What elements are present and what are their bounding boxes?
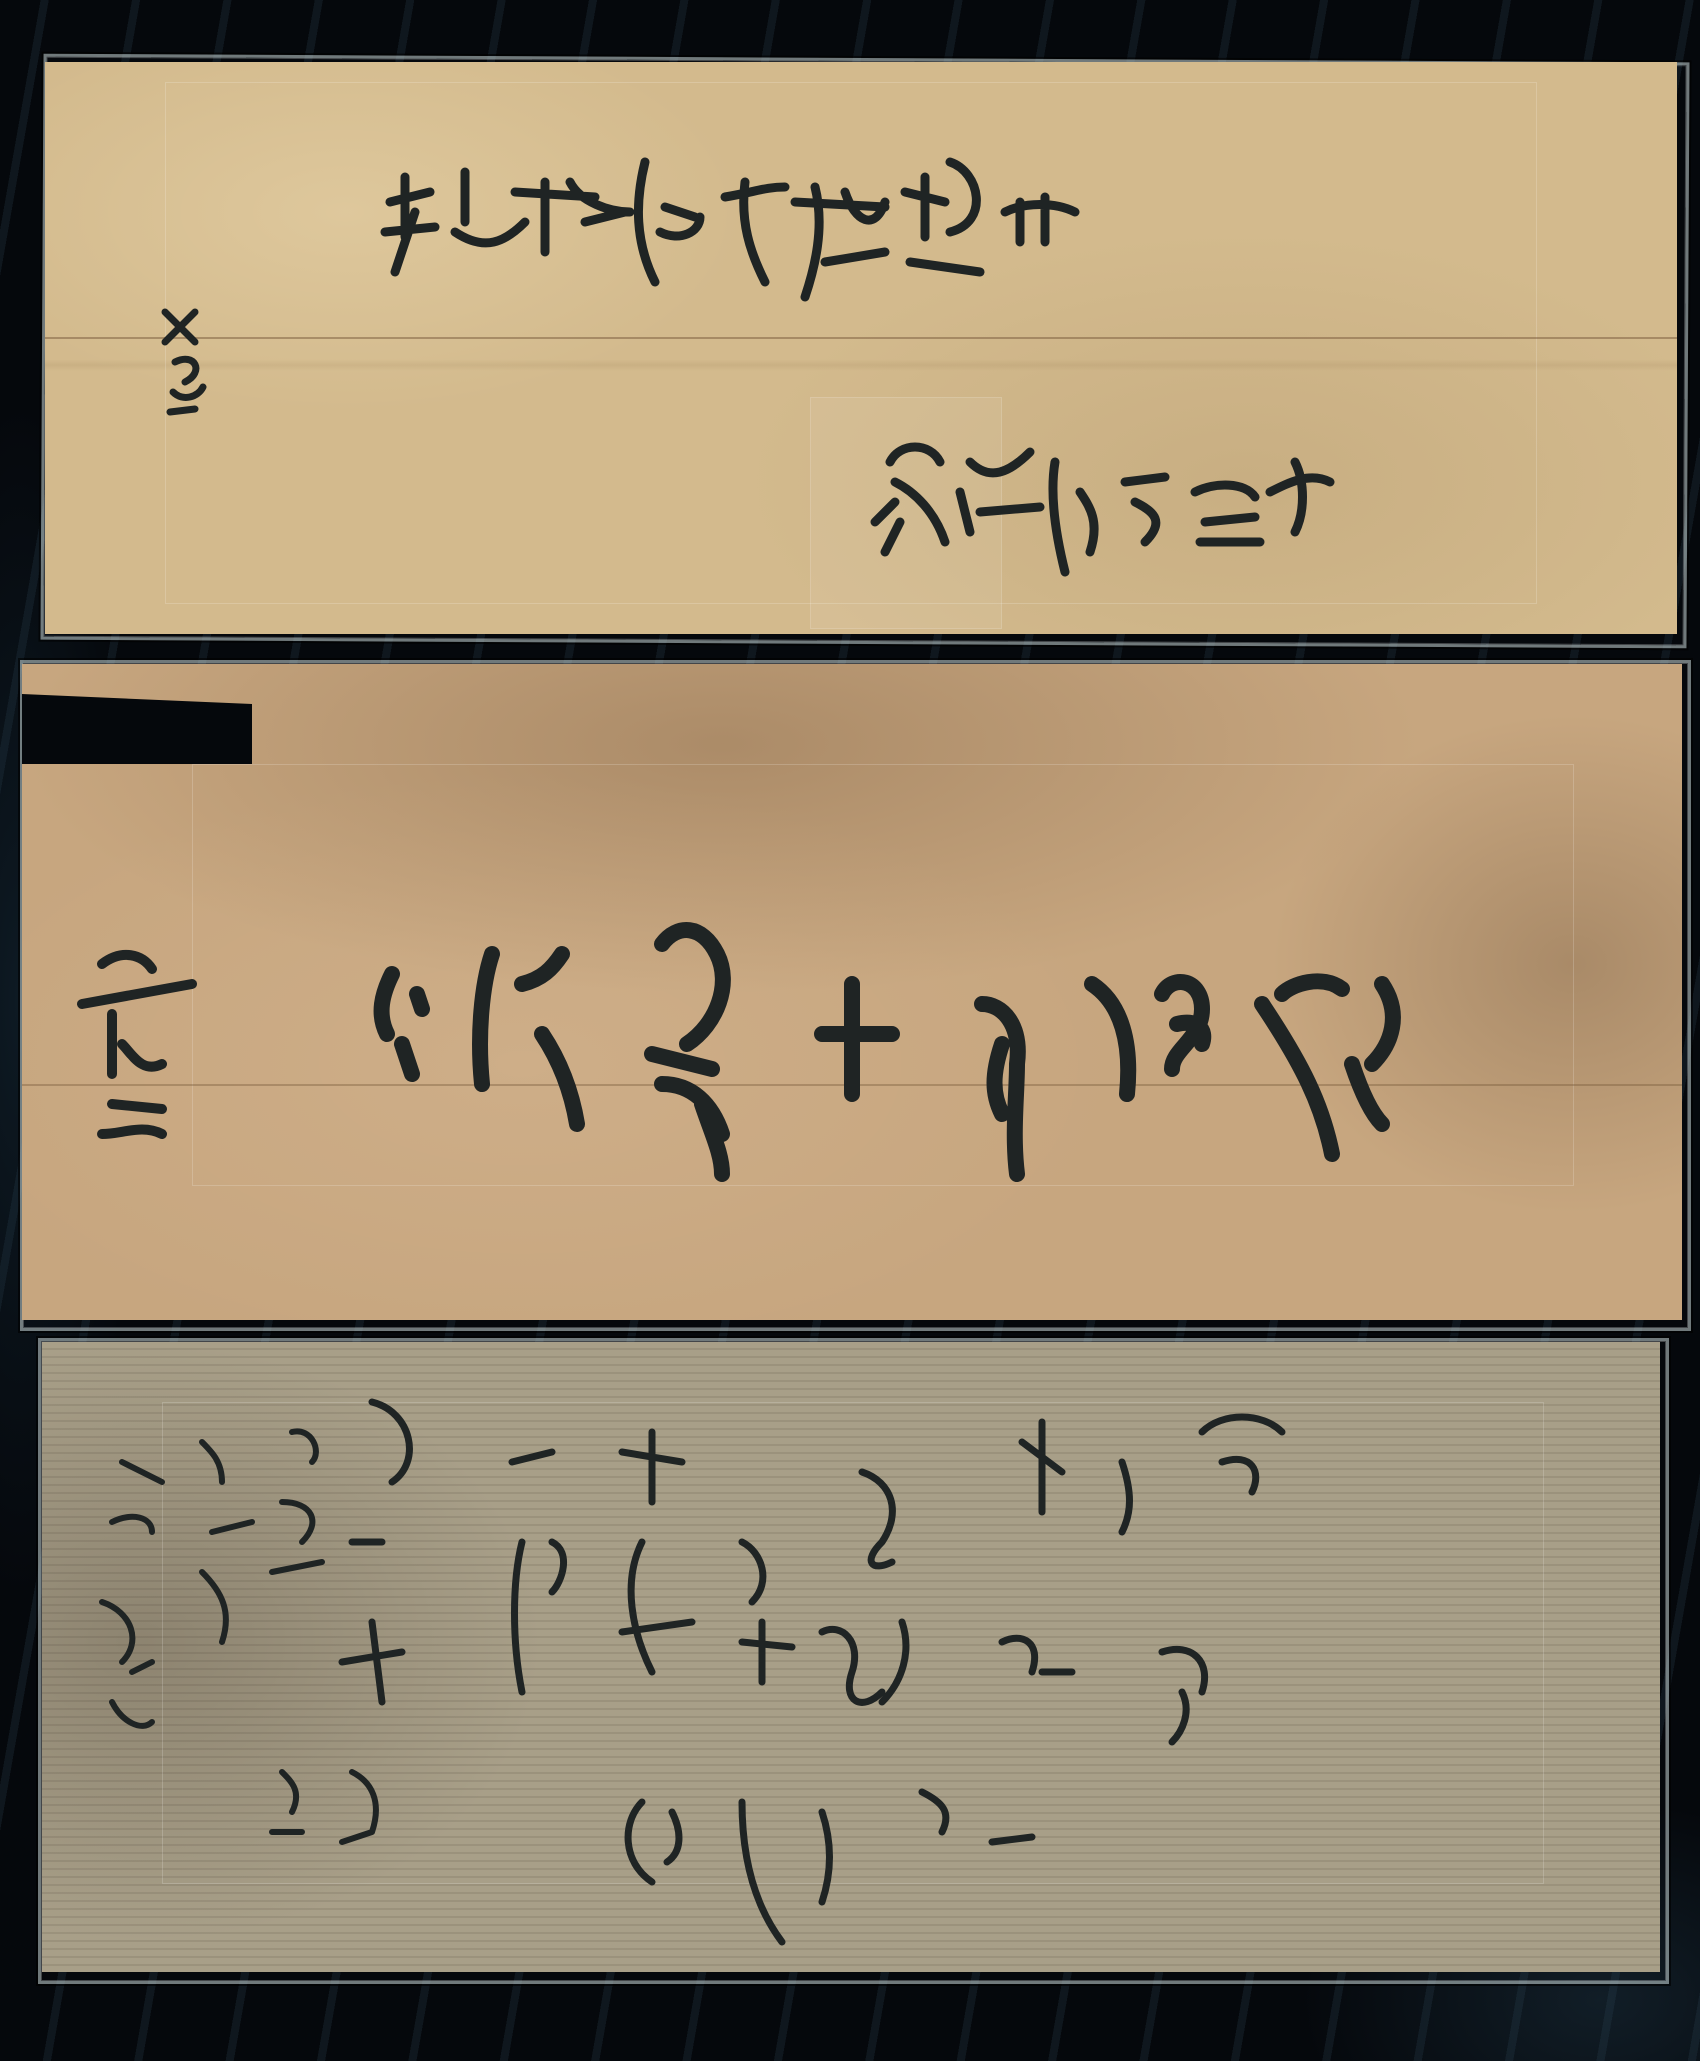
address-column-2 bbox=[875, 447, 1330, 572]
main-column bbox=[382, 930, 1393, 1174]
calligraphy-top bbox=[45, 62, 1677, 634]
handwriting-bottom bbox=[42, 1342, 1660, 1972]
column-3 bbox=[622, 1432, 792, 1682]
envelope-middle bbox=[22, 664, 1682, 1320]
column-4 bbox=[628, 1472, 906, 1942]
calligraphy-middle bbox=[22, 664, 1682, 1320]
column-1 bbox=[102, 1431, 322, 1726]
envelope-bottom bbox=[42, 1342, 1660, 1972]
column-2 bbox=[342, 1402, 564, 1702]
envelope-top bbox=[45, 62, 1677, 634]
column-5 bbox=[922, 1417, 1282, 1842]
left-edge-mark bbox=[165, 312, 203, 412]
bottom-left-note bbox=[272, 1772, 376, 1842]
side-note bbox=[82, 955, 192, 1134]
address-column-1 bbox=[385, 162, 1075, 297]
